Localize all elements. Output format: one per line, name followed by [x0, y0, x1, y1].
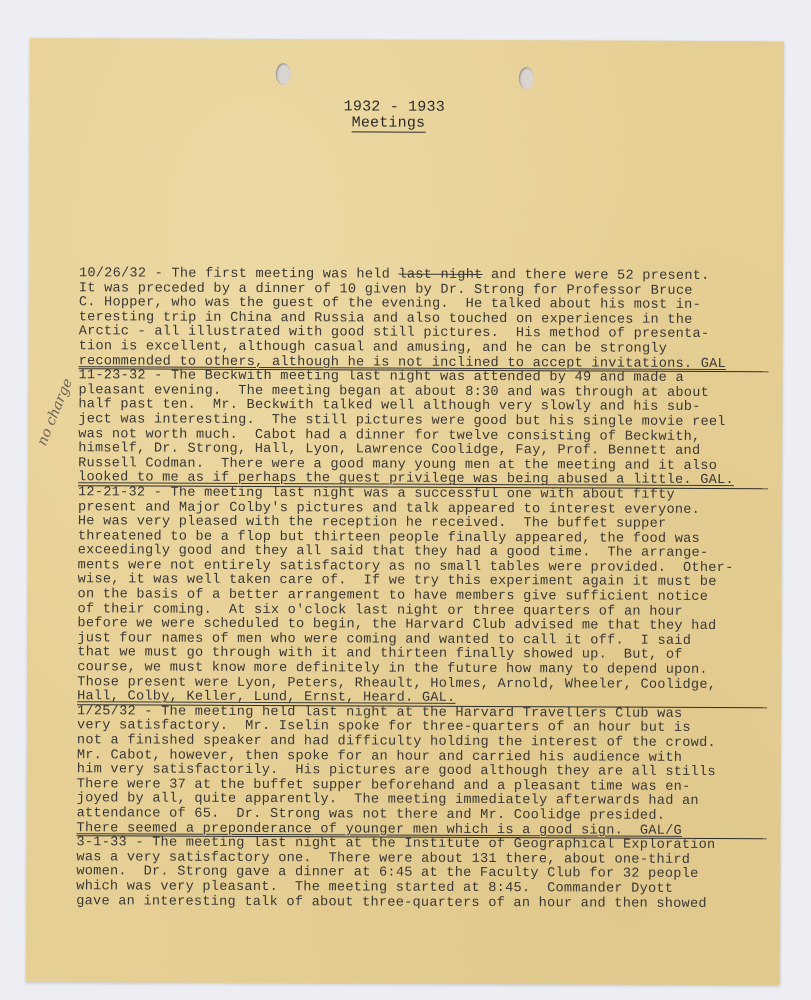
meeting-entries: 10/26/32 - The first meeting was held la… — [76, 267, 779, 912]
page-heading: 1932 - 1933 Meetings — [30, 38, 784, 41]
typed-line: gave an interesting talk of about three-… — [76, 895, 776, 913]
line-text: 10/26/32 - The first meeting was held — [79, 266, 399, 282]
punch-hole — [519, 67, 534, 89]
struck-text: last night — [398, 268, 482, 283]
meeting-entry: 10/26/32 - The first meeting was held la… — [79, 267, 779, 372]
meeting-entry: 1/25/32 - The meeting held last night at… — [77, 705, 778, 839]
line-text: and there were 52 present. — [483, 268, 710, 284]
meeting-entry: 3-1-33 - The meeting last night at the I… — [76, 836, 776, 912]
punch-hole — [276, 63, 291, 85]
handwritten-margin-note: no charge — [34, 376, 76, 448]
heading-title: Meetings — [352, 114, 426, 132]
heading-years: 1932 - 1933 — [344, 98, 464, 116]
meeting-entry: 11-23-32 - The Beckwith meeting last nig… — [78, 369, 779, 489]
typed-page: 1932 - 1933 Meetings no charge 10/26/32 … — [26, 38, 784, 985]
meeting-entry: 12-21-32 - The meeting last night was a … — [77, 486, 778, 708]
